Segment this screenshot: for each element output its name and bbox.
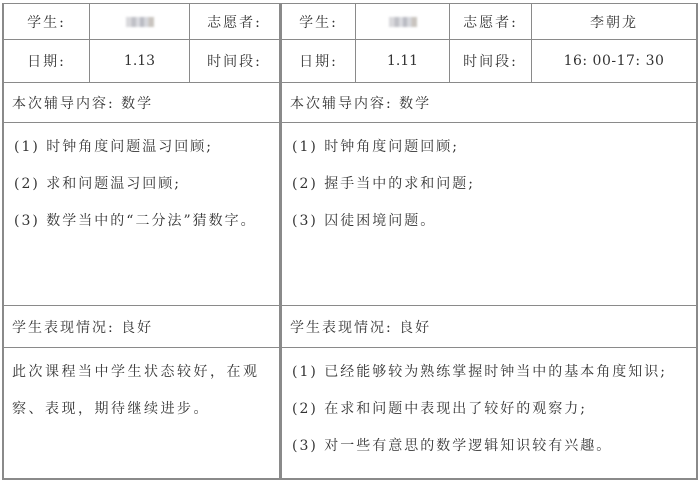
content-items-cell: (1) 时钟角度问题回顾; (2) 握手当中的求和问题; (3) 囚徒困境问题。 <box>282 123 696 306</box>
time-period-value: 16: 00-17: 30 <box>531 40 696 82</box>
blurred-student-name <box>389 17 417 27</box>
performance-title: 学生表现情况: 良好 <box>282 306 696 348</box>
content-items-cell: (1) 时钟角度问题温习回顾; (2) 求和问题温习回顾; (3) 数学当中的“… <box>4 123 279 306</box>
content-list: (1) 时钟角度问题温习回顾; (2) 求和问题温习回顾; (3) 数学当中的“… <box>4 123 279 240</box>
list-item: (2) 在求和问题中表现出了较好的观察力; <box>292 391 696 428</box>
list-item: (2) 求和问题温习回顾; <box>14 166 279 203</box>
list-item: (2) 握手当中的求和问题; <box>292 166 696 203</box>
list-item: (1) 时钟角度问题温习回顾; <box>14 129 279 166</box>
list-item: (3) 囚徒困境问题。 <box>292 203 696 240</box>
list-item: (3) 对一些有意思的数学逻辑知识较有兴趣。 <box>292 428 696 465</box>
date-label: 日期: <box>282 40 355 82</box>
date-row: 日期: 1.11 时间段: 16: 00-17: 30 <box>282 40 696 83</box>
date-value: 1.13 <box>89 40 189 82</box>
performance-text: 此次课程当中学生状态较好，在观察、表现，期待继续进步。 <box>4 348 279 428</box>
performance-title: 学生表现情况: 良好 <box>4 306 279 348</box>
performance-text-cell: 此次课程当中学生状态较好，在观察、表现，期待继续进步。 <box>4 348 279 478</box>
student-label: 学生: <box>4 4 89 39</box>
list-item: (1) 时钟角度问题回顾; <box>292 129 696 166</box>
performance-list: (1) 已经能够较为熟练掌握时钟当中的基本角度知识; (2) 在求和问题中表现出… <box>282 348 696 465</box>
volunteer-label: 志愿者: <box>449 4 531 39</box>
student-row: 学生: 志愿者: <box>4 4 279 40</box>
list-item: (3) 数学当中的“二分法”猜数字。 <box>14 203 279 240</box>
performance-items-cell: (1) 已经能够较为熟练掌握时钟当中的基本角度知识; (2) 在求和问题中表现出… <box>282 348 696 478</box>
student-name-value <box>89 4 189 39</box>
time-period-label: 时间段: <box>449 40 531 82</box>
volunteer-name-value: 李朝龙 <box>531 4 696 39</box>
date-row: 日期: 1.13 时间段: <box>4 40 279 83</box>
content-list: (1) 时钟角度问题回顾; (2) 握手当中的求和问题; (3) 囚徒困境问题。 <box>282 123 696 240</box>
date-value: 1.11 <box>355 40 449 82</box>
student-row: 学生: 志愿者: 李朝龙 <box>282 4 696 40</box>
student-name-value <box>355 4 449 39</box>
right-tutoring-record-table: 学生: 志愿者: 李朝龙 日期: 1.11 时间段: 16: 00-17: 30… <box>280 3 698 480</box>
content-title: 本次辅导内容: 数学 <box>4 83 279 123</box>
content-title: 本次辅导内容: 数学 <box>282 83 696 123</box>
list-item: (1) 已经能够较为熟练掌握时钟当中的基本角度知识; <box>292 354 696 391</box>
volunteer-label: 志愿者: <box>189 4 279 39</box>
blurred-student-name <box>126 17 154 27</box>
student-label: 学生: <box>282 4 355 39</box>
time-period-label: 时间段: <box>189 40 279 82</box>
left-tutoring-record-table: 学生: 志愿者: 日期: 1.13 时间段: 本次辅导内容: 数学 (1) 时钟… <box>2 3 281 480</box>
date-label: 日期: <box>4 40 89 82</box>
